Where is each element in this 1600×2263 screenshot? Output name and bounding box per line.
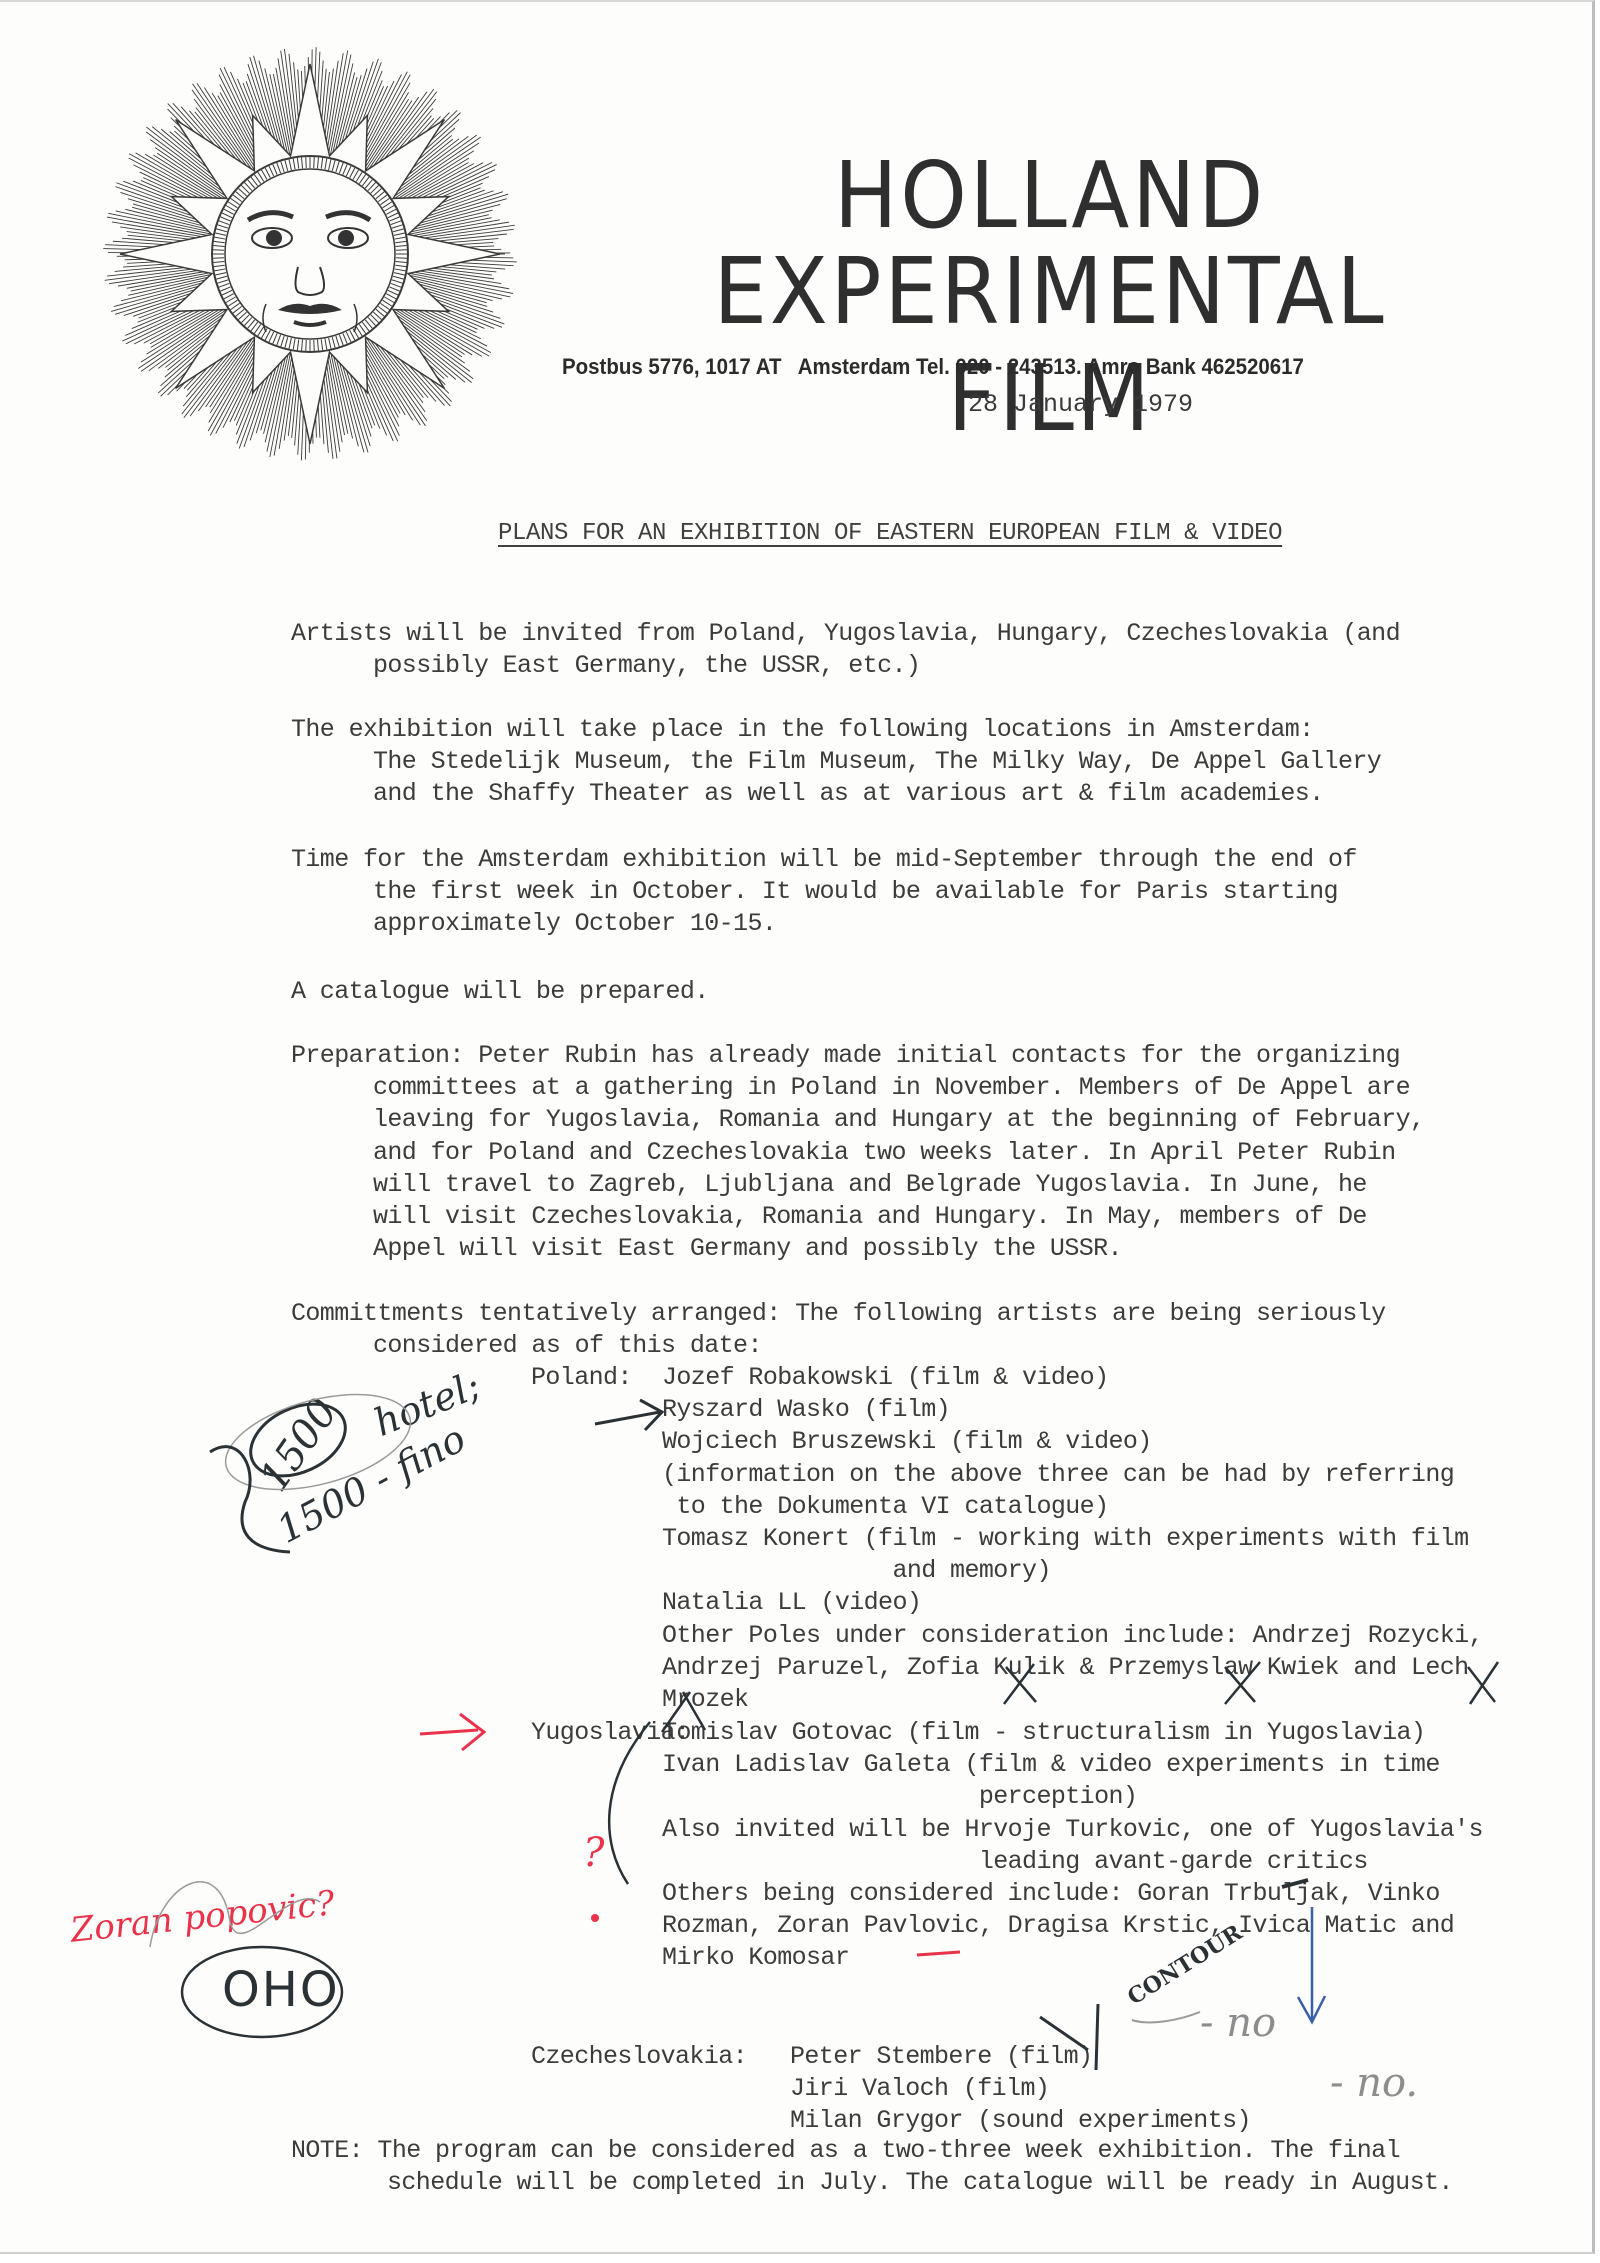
paragraph-line: A catalogue will be prepared.: [291, 976, 1581, 1008]
paragraph-line: The Stedelijk Museum, the Film Museum, T…: [291, 746, 1581, 778]
paragraph-line: approximately October 10-15.: [291, 908, 1581, 940]
paragraph-line: leaving for Yugoslavia, Romania and Hung…: [291, 1104, 1581, 1136]
artist-entry: Jozef Robakowski (film & video): [662, 1362, 1108, 1394]
artist-entry: Also invited will be Hrvoje Turkovic, on…: [662, 1814, 1483, 1846]
paragraph-line: possibly East Germany, the USSR, etc.): [291, 650, 1581, 682]
paragraph-line: Preparation: Peter Rubin has already mad…: [291, 1040, 1581, 1072]
paragraph-line: Time for the Amsterdam exhibition will b…: [291, 844, 1581, 876]
sun-face-icon: [98, 42, 523, 467]
artist-entry: Peter Stembere (film): [790, 2041, 1092, 2073]
artist-entry: Wojciech Bruszewski (film & video): [662, 1426, 1152, 1458]
paragraph-line: committees at a gathering in Poland in N…: [291, 1072, 1581, 1104]
red-dot: [591, 1914, 599, 1922]
paragraph-note: NOTE: The program can be considered as a…: [291, 2135, 1581, 2199]
artist-entry: Tomasz Konert (film - working with exper…: [662, 1523, 1469, 1555]
cross-mark-icon: [1468, 1662, 1498, 1704]
paragraph-line: will visit Czecheslovakia, Romania and H…: [291, 1201, 1581, 1233]
document-page: HOLLAND EXPERIMENTAL FILM Postbus 5776, …: [0, 0, 1595, 2254]
artist-entry: to the Dokumenta VI catalogue): [662, 1491, 1108, 1523]
arrow-icon: [595, 1400, 662, 1430]
letter-date: 28 January 1979: [968, 390, 1193, 419]
artist-entry: Other Poles under consideration include:…: [662, 1620, 1483, 1652]
handwritten-question-mark: ?: [583, 1830, 604, 1876]
country-label-poland: Poland:: [531, 1362, 632, 1394]
paragraph-line: Appel will visit East Germany and possib…: [291, 1233, 1581, 1265]
artist-entry: (information on the above three can be h…: [662, 1459, 1454, 1491]
paragraph-line: NOTE: The program can be considered as a…: [291, 2135, 1581, 2167]
handwritten-note-no-2: - no.: [1330, 2060, 1418, 2106]
artist-entry: Natalia LL (video): [662, 1587, 921, 1619]
artist-entry: Mirko Komosar: [662, 1942, 849, 1974]
paragraph-line: and the Shaffy Theater as well as at var…: [291, 778, 1581, 810]
paragraph-catalogue: A catalogue will be prepared.: [291, 976, 1581, 1008]
paragraph-preparation: Preparation: Peter Rubin has already mad…: [291, 1040, 1581, 1265]
red-arrow-icon: [420, 1714, 484, 1750]
paragraph-time: Time for the Amsterdam exhibition will b…: [291, 844, 1581, 941]
artist-entry: Jiri Valoch (film): [790, 2073, 1049, 2105]
artist-entry: leading avant-garde critics: [662, 1846, 1368, 1878]
pencil-dash: [1132, 2012, 1200, 2022]
artist-entry: Ivan Ladislav Galeta (film & video exper…: [662, 1749, 1440, 1781]
letterhead-title-line1: HOLLAND: [599, 142, 1501, 249]
artist-entry: Andrzej Paruzel, Zofia Kulik & Przemysla…: [662, 1652, 1469, 1684]
paragraph-line: and for Poland and Czecheslovakia two we…: [291, 1137, 1581, 1169]
letterhead-title-line2: EXPERIMENTAL FILM: [599, 238, 1501, 452]
artist-entry: perception): [662, 1781, 1137, 1813]
handwritten-note-oho: OHO: [222, 1962, 340, 2018]
artist-entry: Others being considered include: Goran T…: [662, 1878, 1440, 1910]
paragraph-line: The exhibition will take place in the fo…: [291, 714, 1581, 746]
artist-entry: Rozman, Zoran Pavlovic, Dragisa Krstic, …: [662, 1910, 1454, 1942]
paragraph-line: Committments tentatively arranged: The f…: [291, 1298, 1581, 1330]
letterhead-address: Postbus 5776, 1017 AT Amsterdam Tel. 020…: [562, 354, 1436, 380]
paragraph-line: Artists will be invited from Poland, Yug…: [291, 618, 1581, 650]
handwritten-note-no-1: - no: [1200, 2000, 1276, 2046]
paragraph-line: will travel to Zagreb, Ljubljana and Bel…: [291, 1169, 1581, 1201]
paragraph-artists: Artists will be invited from Poland, Yug…: [291, 618, 1581, 682]
artist-entry: Mrozek: [662, 1684, 748, 1716]
document-heading: PLANS FOR AN EXHIBITION OF EASTERN EUROP…: [498, 520, 1282, 547]
artist-entry: Tomislav Gotovac (film - structuralism i…: [662, 1717, 1425, 1749]
red-dash: [917, 1952, 960, 1955]
paragraph-line: considered as of this date:: [291, 1330, 1581, 1362]
artist-entry: Ryszard Wasko (film): [662, 1394, 950, 1426]
artist-entry: Milan Grygor (sound experiments): [790, 2105, 1251, 2137]
handwritten-note-zoran-popovic: Zoran popovic?: [69, 1883, 337, 1950]
paragraph-line: schedule will be completed in July. The …: [291, 2167, 1581, 2199]
paragraph-locations: The exhibition will take place in the fo…: [291, 714, 1581, 811]
country-label-czechoslovakia: Czecheslovakia:: [531, 2041, 747, 2073]
artist-entry: and memory): [662, 1555, 1051, 1587]
paragraph-commitments: Committments tentatively arranged: The f…: [291, 1298, 1581, 1362]
paragraph-line: the first week in October. It would be a…: [291, 876, 1581, 908]
